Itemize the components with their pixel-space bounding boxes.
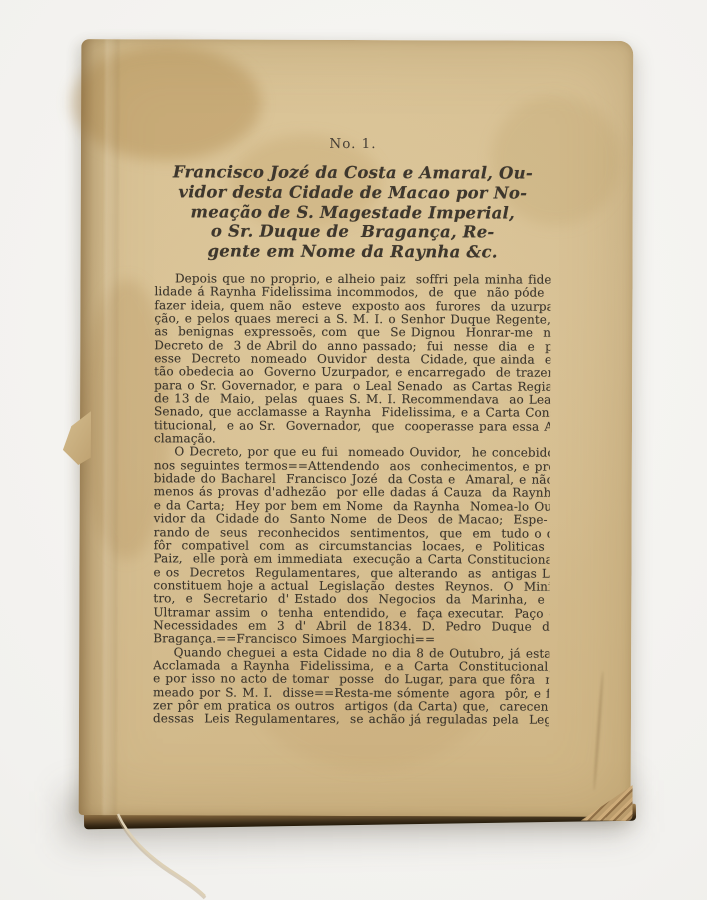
- torn-paper-flap: [63, 411, 91, 465]
- binding-thread: [98, 808, 218, 900]
- document-number: No. 1.: [155, 135, 551, 152]
- document-title: Francisco Jozé da Costa e Amaral, Ou- vi…: [155, 162, 551, 262]
- paragraph-1: Depois que no proprio, e alheio paiz sof…: [154, 272, 551, 447]
- paper-crease: [593, 671, 605, 791]
- document-body: Depois que no proprio, e alheio paiz sof…: [153, 272, 551, 727]
- photo-backdrop: No. 1. Francisco Jozé da Costa e Amaral,…: [0, 0, 707, 900]
- dogear-corner: [581, 785, 633, 821]
- paragraph-2: O Decreto, por que eu fui nomeado Ouvido…: [153, 446, 550, 648]
- printed-page: No. 1. Francisco Jozé da Costa e Amaral,…: [153, 135, 551, 776]
- paragraph-3: Quando cheguei a esta Cidade no dia 8 de…: [153, 646, 549, 727]
- paper-crease: [103, 39, 120, 815]
- booklet-front-cover: No. 1. Francisco Jozé da Costa e Amaral,…: [79, 39, 634, 817]
